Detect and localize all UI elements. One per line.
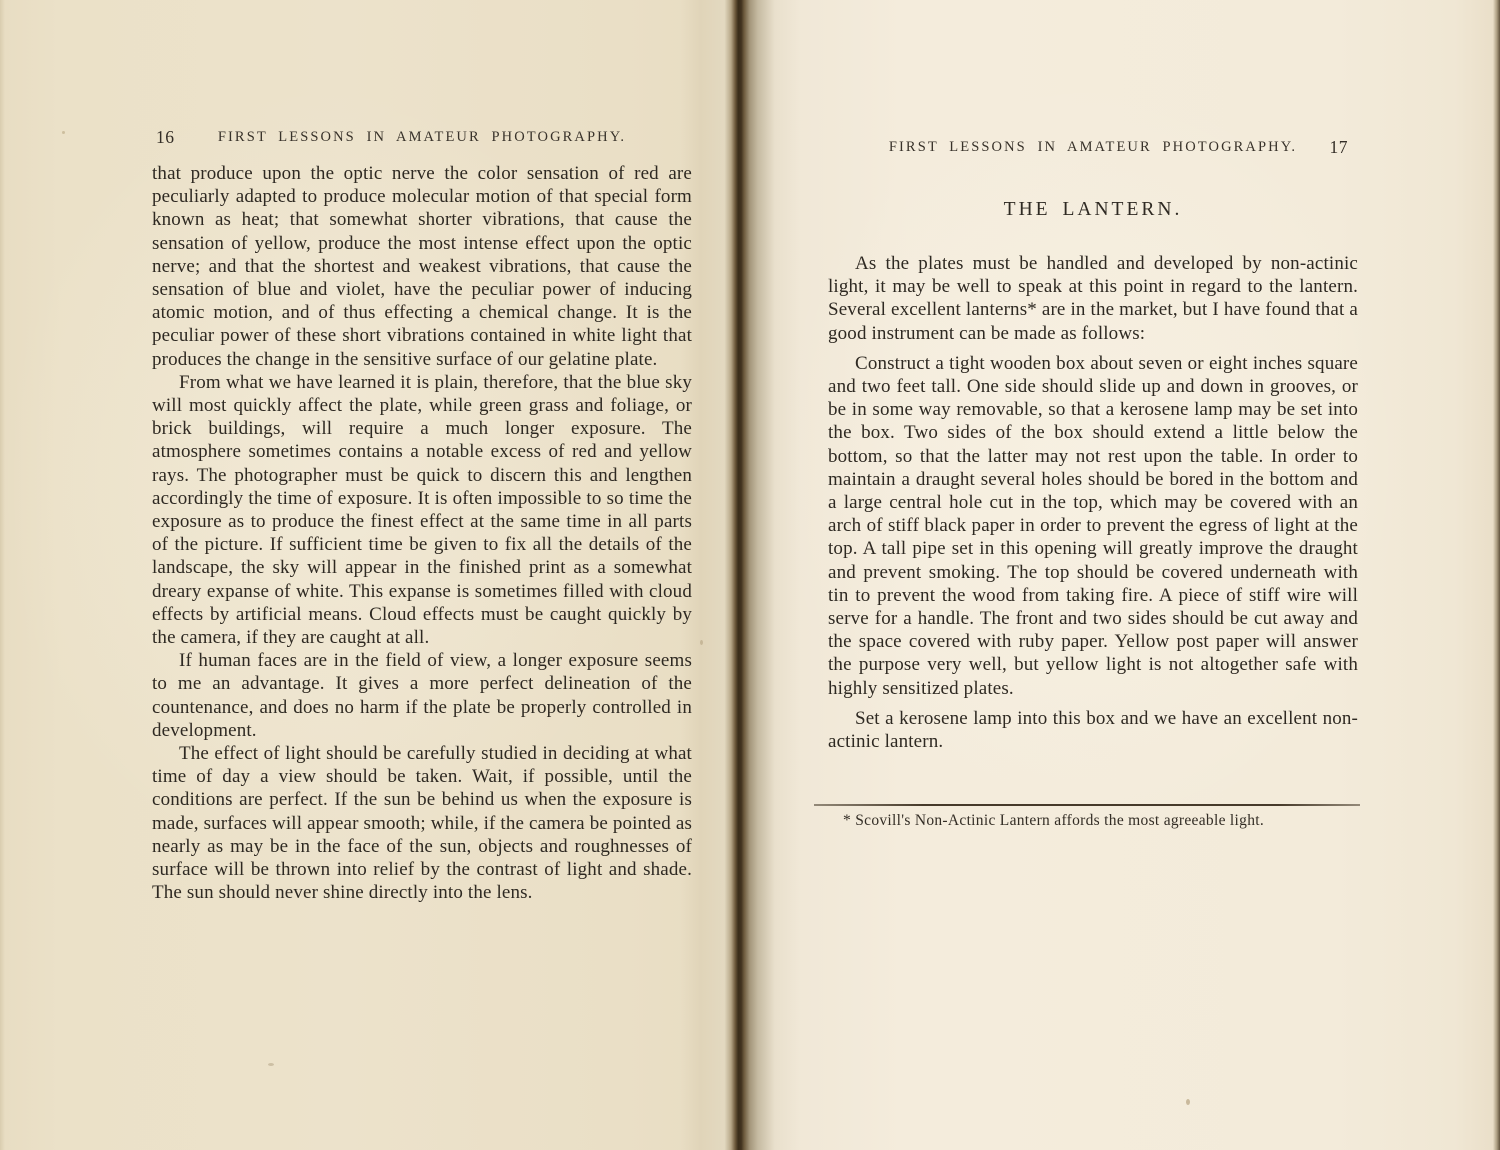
left-page: 16 FIRST LESSONS IN AMATEUR PHOTOGRAPHY.… <box>0 0 740 1150</box>
book-spread: 16 FIRST LESSONS IN AMATEUR PHOTOGRAPHY.… <box>0 0 1500 1150</box>
left-page-number: 16 <box>156 127 175 148</box>
right-page: FIRST LESSONS IN AMATEUR PHOTOGRAPHY. 17… <box>740 0 1500 1150</box>
paragraph: that produce upon the optic nerve the co… <box>152 162 692 371</box>
paragraph: The effect of light should be carefully … <box>152 742 692 904</box>
left-page-header: 16 FIRST LESSONS IN AMATEUR PHOTOGRAPHY. <box>152 128 692 146</box>
paragraph: As the plates must be handled and develo… <box>828 252 1358 345</box>
left-running-header: FIRST LESSONS IN AMATEUR PHOTOGRAPHY. <box>218 129 626 145</box>
paragraph: Set a kerosene lamp into this box and we… <box>828 707 1358 753</box>
paragraph: Construct a tight wooden box about seven… <box>828 352 1358 700</box>
footnote-rule <box>814 804 1360 806</box>
footnote: * Scovill's Non-Actinic Lantern affords … <box>828 811 1362 830</box>
right-page-number: 17 <box>1330 137 1349 158</box>
paragraph: From what we have learned it is plain, t… <box>152 371 692 649</box>
right-running-header: FIRST LESSONS IN AMATEUR PHOTOGRAPHY. <box>889 139 1297 155</box>
right-page-header: FIRST LESSONS IN AMATEUR PHOTOGRAPHY. 17 <box>828 138 1358 156</box>
section-title: THE LANTERN. <box>828 199 1358 221</box>
paragraph: If human faces are in the field of view,… <box>152 649 692 742</box>
left-page-body: that produce upon the optic nerve the co… <box>152 162 692 905</box>
right-page-body: As the plates must be handled and develo… <box>828 252 1358 753</box>
